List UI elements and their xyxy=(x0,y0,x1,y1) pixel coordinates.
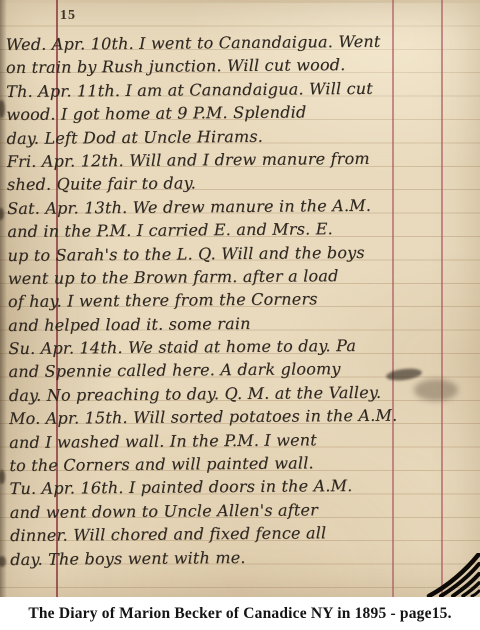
diary-scan: 15 Wed. Apr. 10th. I went to Canandaigua… xyxy=(0,0,480,630)
caption-text: The Diary of Marion Becker of Canadice N… xyxy=(28,605,451,623)
page-number: 15 xyxy=(60,8,76,24)
caption-bar: The Diary of Marion Becker of Canadice N… xyxy=(0,597,480,630)
page-curl xyxy=(416,553,480,597)
handwriting-block: Wed. Apr. 10th. I went to Canandaigua. W… xyxy=(6,29,479,571)
diary-line: day. The boys went with me. xyxy=(10,544,478,571)
scan-edge-shadow xyxy=(0,0,7,597)
ink-smudge xyxy=(414,379,458,401)
diary-page: 15 Wed. Apr. 10th. I went to Canandaigua… xyxy=(0,0,480,597)
